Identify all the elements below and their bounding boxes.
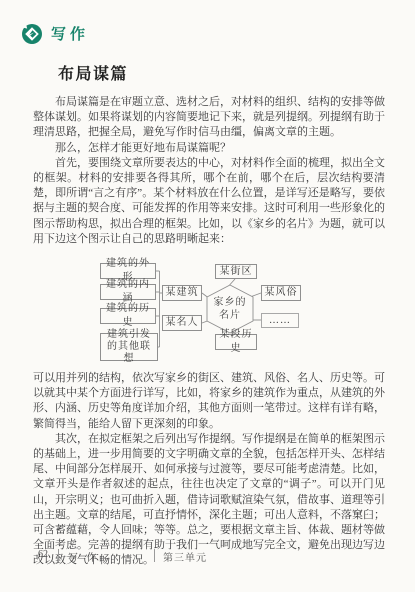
- page-header: 写作: [22, 23, 89, 44]
- footer-divider: [58, 549, 59, 562]
- diagram-node-street: 某街区: [215, 264, 257, 279]
- body-text: 布局谋篇是在审题立意、选材之后，对材料的组织、结构的安排等做整体谋划。如果将谋划…: [33, 95, 385, 569]
- diagram-node-building: 某建筑: [162, 285, 202, 301]
- section-title: 写作: [51, 23, 89, 44]
- paragraph: 可以用并列的结构，依次写家乡的街区、建筑、风俗、名人、历史等。可以就其中某个方面…: [33, 371, 385, 432]
- diagram-center-node: 家乡的 名片: [207, 285, 253, 333]
- textbook-page: 写作 布局谋篇 布局谋篇是在审题立意、选材之后，对材料的组织、结构的安排等做整体…: [0, 0, 415, 592]
- footer-page-number: 62: [38, 549, 48, 560]
- diagram-node-ellipsis: ……: [261, 313, 299, 328]
- diagram-node-history-period: 某段历史: [215, 334, 257, 350]
- paragraph: 那么，怎样才能更好地布局谋篇呢？: [33, 141, 385, 156]
- page-title: 布局谋篇: [58, 61, 128, 84]
- footer-unit-label: 第三单元: [163, 549, 207, 564]
- diagram-node-building-associations: 建筑引发的其他联想: [100, 333, 158, 361]
- footer-divider: [154, 549, 155, 562]
- diagram-node-custom: 某风俗: [261, 285, 301, 301]
- paragraph: 布局谋篇是在审题立意、选材之后，对材料的组织、结构的安排等做整体谋划。如果将谋划…: [33, 95, 385, 141]
- diagram-center-line2: 名片: [219, 309, 241, 322]
- diagram-node-building-history: 建筑的历史: [100, 308, 156, 324]
- diagram-center-line1: 家乡的: [214, 296, 247, 309]
- hometown-mindmap-diagram: 建筑的外形 建筑的内涵 建筑的历史 建筑引发的其他联想 某建筑 某名人 家乡的 …: [33, 259, 385, 367]
- diagram-node-person: 某名人: [162, 315, 202, 331]
- diagram-node-building-meaning: 建筑的内涵: [100, 284, 156, 300]
- pen-nib-circle-icon: [22, 24, 42, 44]
- diagram-node-building-shape: 建筑的外形: [100, 263, 156, 279]
- paragraph: 首先，要围绕文章所要表达的中心，对材料作全面的梳理，拟出全文的框架。材料的安排要…: [33, 156, 385, 247]
- footer-section-label: 写 作: [68, 549, 100, 564]
